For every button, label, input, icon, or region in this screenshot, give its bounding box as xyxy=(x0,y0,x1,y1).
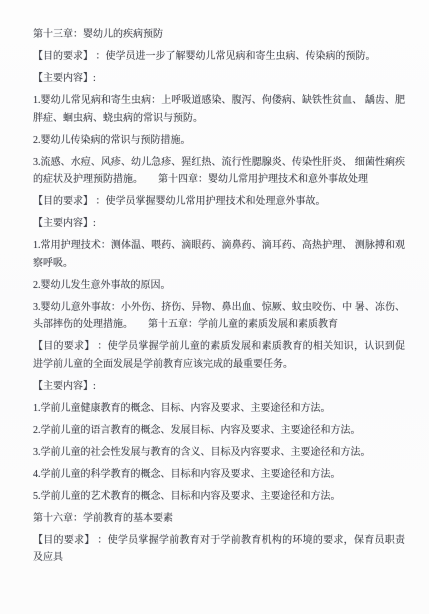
chapter-15-item-2: 2.学前儿童的语言教育的概念、发展目标、内容及要求、主要途径和方法。 xyxy=(33,422,405,440)
chapter-16-heading: 第十六章：学前教育的基本要素 xyxy=(33,510,405,528)
chapter-13-item-1: 1.婴幼儿常见病和寄生虫病：上呼吸道感染、腹泻、佝偻病、缺铁性贫血、 龋齿、肥胖… xyxy=(33,92,405,127)
chapter-14-objective: 【目的要求】 ：使学员掌握婴幼儿常用护理技术和处理意外事故。 xyxy=(33,193,405,211)
chapter-13-item-2: 2.婴幼儿传染病的常识与预防措施。 xyxy=(33,132,405,150)
chapter-13-content-label: 【主要内容】: xyxy=(33,70,405,88)
chapter-15-item-1: 1.学前儿童健康教育的概念、目标、内容及要求、主要途径和方法。 xyxy=(33,400,405,418)
chapter-15-item-4: 4.学前儿童的科学教育的概念、目标和内容及要求、主要途径和方法。 xyxy=(33,466,405,484)
chapter-15-item-3: 3.学前儿童的社会性发展与教育的含义、目标及内容要求、主要途径和方法。 xyxy=(33,444,405,462)
chapter-14-content-label: 【主要内容】: xyxy=(33,215,405,233)
chapter-15-content-label: 【主要内容】: xyxy=(33,378,405,396)
chapter-13-item-3-and-chapter-14-heading: 3.流感、水痘、风疹、幼儿急疹、猩红热、流行性腮腺炎、传染性肝炎、 细菌性痢疾的… xyxy=(33,154,405,189)
chapter-13-heading: 第十三章：婴幼儿的疾病预防 xyxy=(33,26,405,44)
chapter-15-objective: 【目的要求】 ：使学员掌握学前儿童的素质发展和素质教育的相关知识，认识到促进学前… xyxy=(33,338,405,373)
chapter-13-objective: 【目的要求】 ：使学员进一步了解婴幼儿常见病和寄生虫病、传染病的预防。 xyxy=(33,48,405,66)
document-page: 第十三章：婴幼儿的疾病预防 【目的要求】 ：使学员进一步了解婴幼儿常见病和寄生虫… xyxy=(0,0,429,614)
document-text-block: 第十三章：婴幼儿的疾病预防 【目的要求】 ：使学员进一步了解婴幼儿常见病和寄生虫… xyxy=(33,26,405,571)
chapter-14-item-3-and-chapter-15-heading: 3.婴幼儿意外事故：小外伤、挤伤、异物、鼻出血、惊厥、蚊虫咬伤、中 暑、冻伤、头… xyxy=(33,299,405,334)
chapter-15-item-5: 5.学前儿童的艺术教育的概念、目标和内容及要求、主要途径和方法。 xyxy=(33,488,405,506)
chapter-14-item-1: 1.常用护理技术：测体温、喂药、滴眼药、滴鼻药、滴耳药、高热护理、 测脉搏和观察… xyxy=(33,237,405,272)
chapter-16-objective: 【目的要求】 ：使学员掌握学前教育对于学前教育机构的环境的要求，保育员职责及应具 xyxy=(33,532,405,567)
chapter-14-item-2: 2.婴幼儿发生意外事故的原因。 xyxy=(33,277,405,295)
